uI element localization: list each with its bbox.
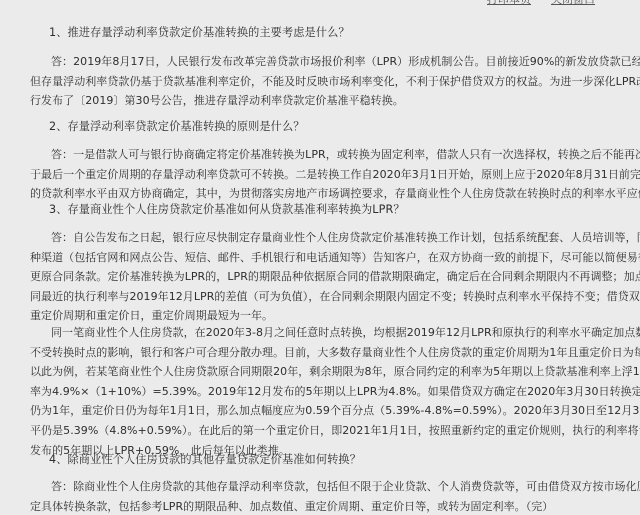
paragraph-line: 行发布了〔2019〕第30号公告，推进存量浮动利率贷款定价基准平稳转换。 — [0, 91, 640, 111]
paragraph-line: 种渠道（包括官网和网点公告、短信、邮件、手机银行和电话通知等）告知客户，在双方协… — [0, 248, 640, 268]
paragraph-line: 同一笔商业性个人住房贷款，在2020年3-8月之间任意时点转换，均根据2019年… — [0, 323, 640, 343]
paragraph-line: 答：一是借款人可与银行协商确定将定价基准转换为LPR，或转换为固定利率，借款人只… — [0, 145, 640, 165]
paragraph-line: 更原合同条款。定价基准转换为LPR的，LPR的期限品种依据原合同的借款期限确定，… — [0, 267, 640, 287]
question-heading-3: 3、存量商业性个人住房贷款定价基准如何从贷款基准利率转换为LPR？ — [49, 201, 405, 219]
paragraph-line: 答：除商业性个人住房贷款的其他存量浮动利率贷款，包括但不限于企业贷款、个人消费贷… — [0, 477, 640, 497]
answer-paragraph-3b: 同一笔商业性个人住房贷款，在2020年3-8月之间任意时点转换，均根据2019年… — [0, 323, 640, 460]
paragraph-line: 率为4.9%×（1+10%）=5.39%。2019年12月发布的5年期以上LPR… — [0, 382, 640, 402]
paragraph-line: 以此为例，若某笔商业性个人住房贷款原合同期限20年，剩余期限为8年，原合同约定的… — [0, 362, 640, 382]
top-links: 打印本页 关闭窗口 — [487, 0, 595, 7]
close-window-link[interactable]: 关闭窗口 — [551, 0, 595, 7]
print-page-link[interactable]: 打印本页 — [487, 0, 531, 7]
paragraph-line: 不受转换时点的影响，银行和客户可合理分散办理。目前，大多数存量商业性个人住房贷款… — [0, 343, 640, 363]
paragraph-line: 但存量浮动利率贷款仍基于贷款基准利率定价，不能及时反映市场利率变化，不利于保护借… — [0, 72, 640, 92]
answer-paragraph-1: 答：2019年8月17日，人民银行发布改革完善贷款市场报价利率（LPR）形成机制… — [0, 52, 640, 111]
paragraph-line: 仍为1年，重定价日仍为每年1月1日，那么加点幅度应为0.59个百分点（5.39%… — [0, 401, 640, 421]
answer-paragraph-4: 答：除商业性个人住房贷款的其他存量浮动利率贷款，包括但不限于企业贷款、个人消费贷… — [0, 477, 640, 515]
answer-paragraph-2: 答：一是借款人可与银行协商确定将定价基准转换为LPR，或转换为固定利率，借款人只… — [0, 145, 640, 204]
paragraph-line: 答：2019年8月17日，人民银行发布改革完善贷款市场报价利率（LPR）形成机制… — [0, 52, 640, 72]
question-heading-1: 1、推进存量浮动利率贷款定价基准转换的主要考虑是什么？ — [49, 24, 350, 42]
question-heading-4: 4、除商业性个人住房贷款的其他存量贷款定价基准如何转换？ — [49, 451, 361, 469]
paragraph-line: 同最近的执行利率与2019年12月LPR的差值（可为负值），在合同剩余期限内固定… — [0, 287, 640, 307]
paragraph-line: 答：自公告发布之日起，银行应尽快制定存量商业性个人住房贷款定价基准转换工作计划，… — [0, 228, 640, 248]
question-heading-2: 2、存量浮动利率贷款定价基准转换的原则是什么？ — [49, 118, 305, 136]
paragraph-line: 于最后一个重定价周期的存量浮动利率贷款可不转换。二是转换工作自2020年3月1日… — [0, 165, 640, 185]
answer-paragraph-3: 答：自公告发布之日起，银行应尽快制定存量商业性个人住房贷款定价基准转换工作计划，… — [0, 228, 640, 326]
paragraph-line: 平仍是5.39%（4.8%+0.59%）。在此后的第一个重定价日，即2021年1… — [0, 421, 640, 441]
paragraph-line: 定具体转换条款，包括参考LPR的期限品种、加点数值、重定价周期、重定价日等，或转… — [0, 497, 640, 515]
